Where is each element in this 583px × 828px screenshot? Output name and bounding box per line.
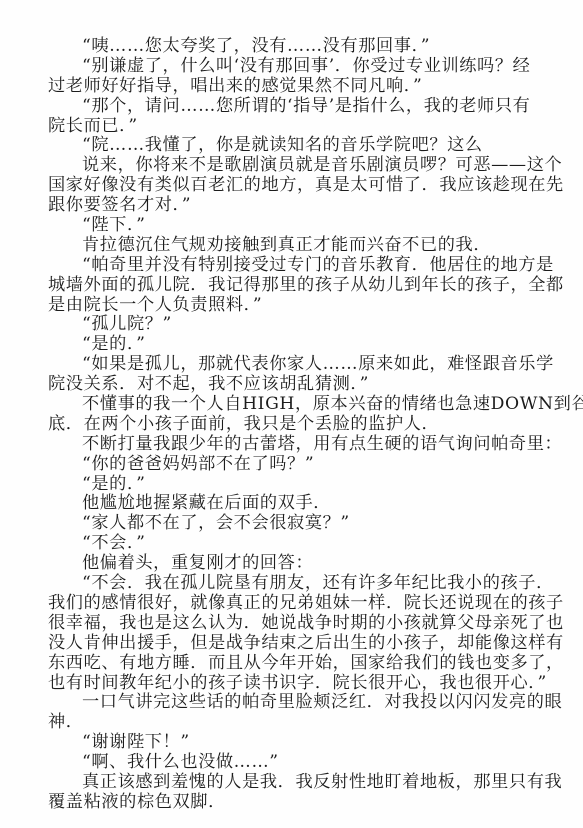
text-line: “是的．” xyxy=(48,475,528,495)
text-line: “院……我懂了，你是就读知名的音乐学院吧？这么 xyxy=(48,136,528,156)
text-line: 覆盖粘液的棕色双脚． xyxy=(48,793,528,813)
text-line: 底．在两个小孩子面前，我只是个丢脸的监护人． xyxy=(48,415,528,435)
text-line: “别谦虚了，什么叫‘没有那回事’．你受过专业训练吗？经 xyxy=(48,57,528,77)
text-line: 院没关系．对不起，我不应该胡乱猜测．” xyxy=(48,375,528,395)
text-line: “陛下．” xyxy=(48,216,528,236)
text-line: 不断打量我跟少年的古蕾塔，用有点生硬的语气询问帕奇里： xyxy=(48,435,528,455)
text-line: 他偏着头，重复刚才的回答： xyxy=(48,554,528,574)
text-line: “咦……您太夸奖了，没有……没有那回事．” xyxy=(48,37,528,57)
text-line: 过老师好好指导，唱出来的感觉果然不同凡响．” xyxy=(48,77,528,97)
text-line: “不会．我在孤儿院垦有朋友，还有许多年纪比我小的孩子． xyxy=(48,574,528,594)
text-line: 很幸福，我也是这么认为．她说战争时期的小孩就算父母亲死了也 xyxy=(48,614,528,634)
text-line: 是由院长一个人负责照料．” xyxy=(48,296,528,316)
text-line: “帕奇里并没有特别接受过专门的音乐教育．他居住的地方是 xyxy=(48,256,528,276)
text-line: 不懂事的我一个人自HIGH，原本兴奋的情绪也急速DOWN到谷 xyxy=(48,395,528,415)
text-line: 国家好像没有类似百老汇的地方，真是太可惜了．我应该趁现在先 xyxy=(48,176,528,196)
text-line: “家人都不在了，会不会很寂寞？” xyxy=(48,514,528,534)
text-line: “谢谢陛下！” xyxy=(48,733,528,753)
text-line: “如果是孤儿，那就代表你家人……原来如此，难怪跟音乐学 xyxy=(48,355,528,375)
text-line: 肯拉德沉住气规劝接触到真正才能而兴奋不已的我． xyxy=(48,236,528,256)
text-line: 城墙外面的孤儿院．我记得那里的孩子从幼儿到年长的孩子，全都 xyxy=(48,276,528,296)
text-line: “不会．” xyxy=(48,534,528,554)
text-line: 我们的感情很好，就像真正的兄弟姐妹一样．院长还说现在的孩子 xyxy=(48,594,528,614)
text-line: 真正该感到羞愧的人是我．我反射性地盯着地板，那里只有我 xyxy=(48,773,528,793)
text-line: “是的．” xyxy=(48,335,528,355)
body-text: “咦……您太夸奖了，没有……没有那回事．” “别谦虚了，什么叫‘没有那回事’．你… xyxy=(48,37,528,813)
text-line: 院长而已．” xyxy=(48,117,528,137)
text-line: 说来，你将来不是歌剧演员就是音乐剧演员啰？可恶——这个 xyxy=(48,156,528,176)
text-line: 跟你要签名才对．” xyxy=(48,196,528,216)
text-line: “啊、我什么也没做……” xyxy=(48,753,528,773)
text-line: 也有时间教年纪小的孩子读书识字．院长很开心，我也很开心．” xyxy=(48,674,528,694)
document-page: “咦……您太夸奖了，没有……没有那回事．” “别谦虚了，什么叫‘没有那回事’．你… xyxy=(0,0,583,828)
text-line: 东西吃、有地方睡．而且从今年开始，国家给我们的钱也变多了， xyxy=(48,654,528,674)
text-line: 神． xyxy=(48,713,528,733)
text-line: 他尴尬地握紧藏在后面的双手． xyxy=(48,494,528,514)
text-line: 一口气讲完这些话的帕奇里脸颊泛红．对我投以闪闪发亮的眼 xyxy=(48,693,528,713)
text-line: 没人肯伸出援手，但是战争结束之后出生的小孩子，却能像这样有 xyxy=(48,634,528,654)
text-line: “那个，请问……您所谓的‘指导’是指什么，我的老师只有 xyxy=(48,97,528,117)
text-line: “孤儿院？” xyxy=(48,315,528,335)
text-line: “你的爸爸妈妈部不在了吗？” xyxy=(48,455,528,475)
